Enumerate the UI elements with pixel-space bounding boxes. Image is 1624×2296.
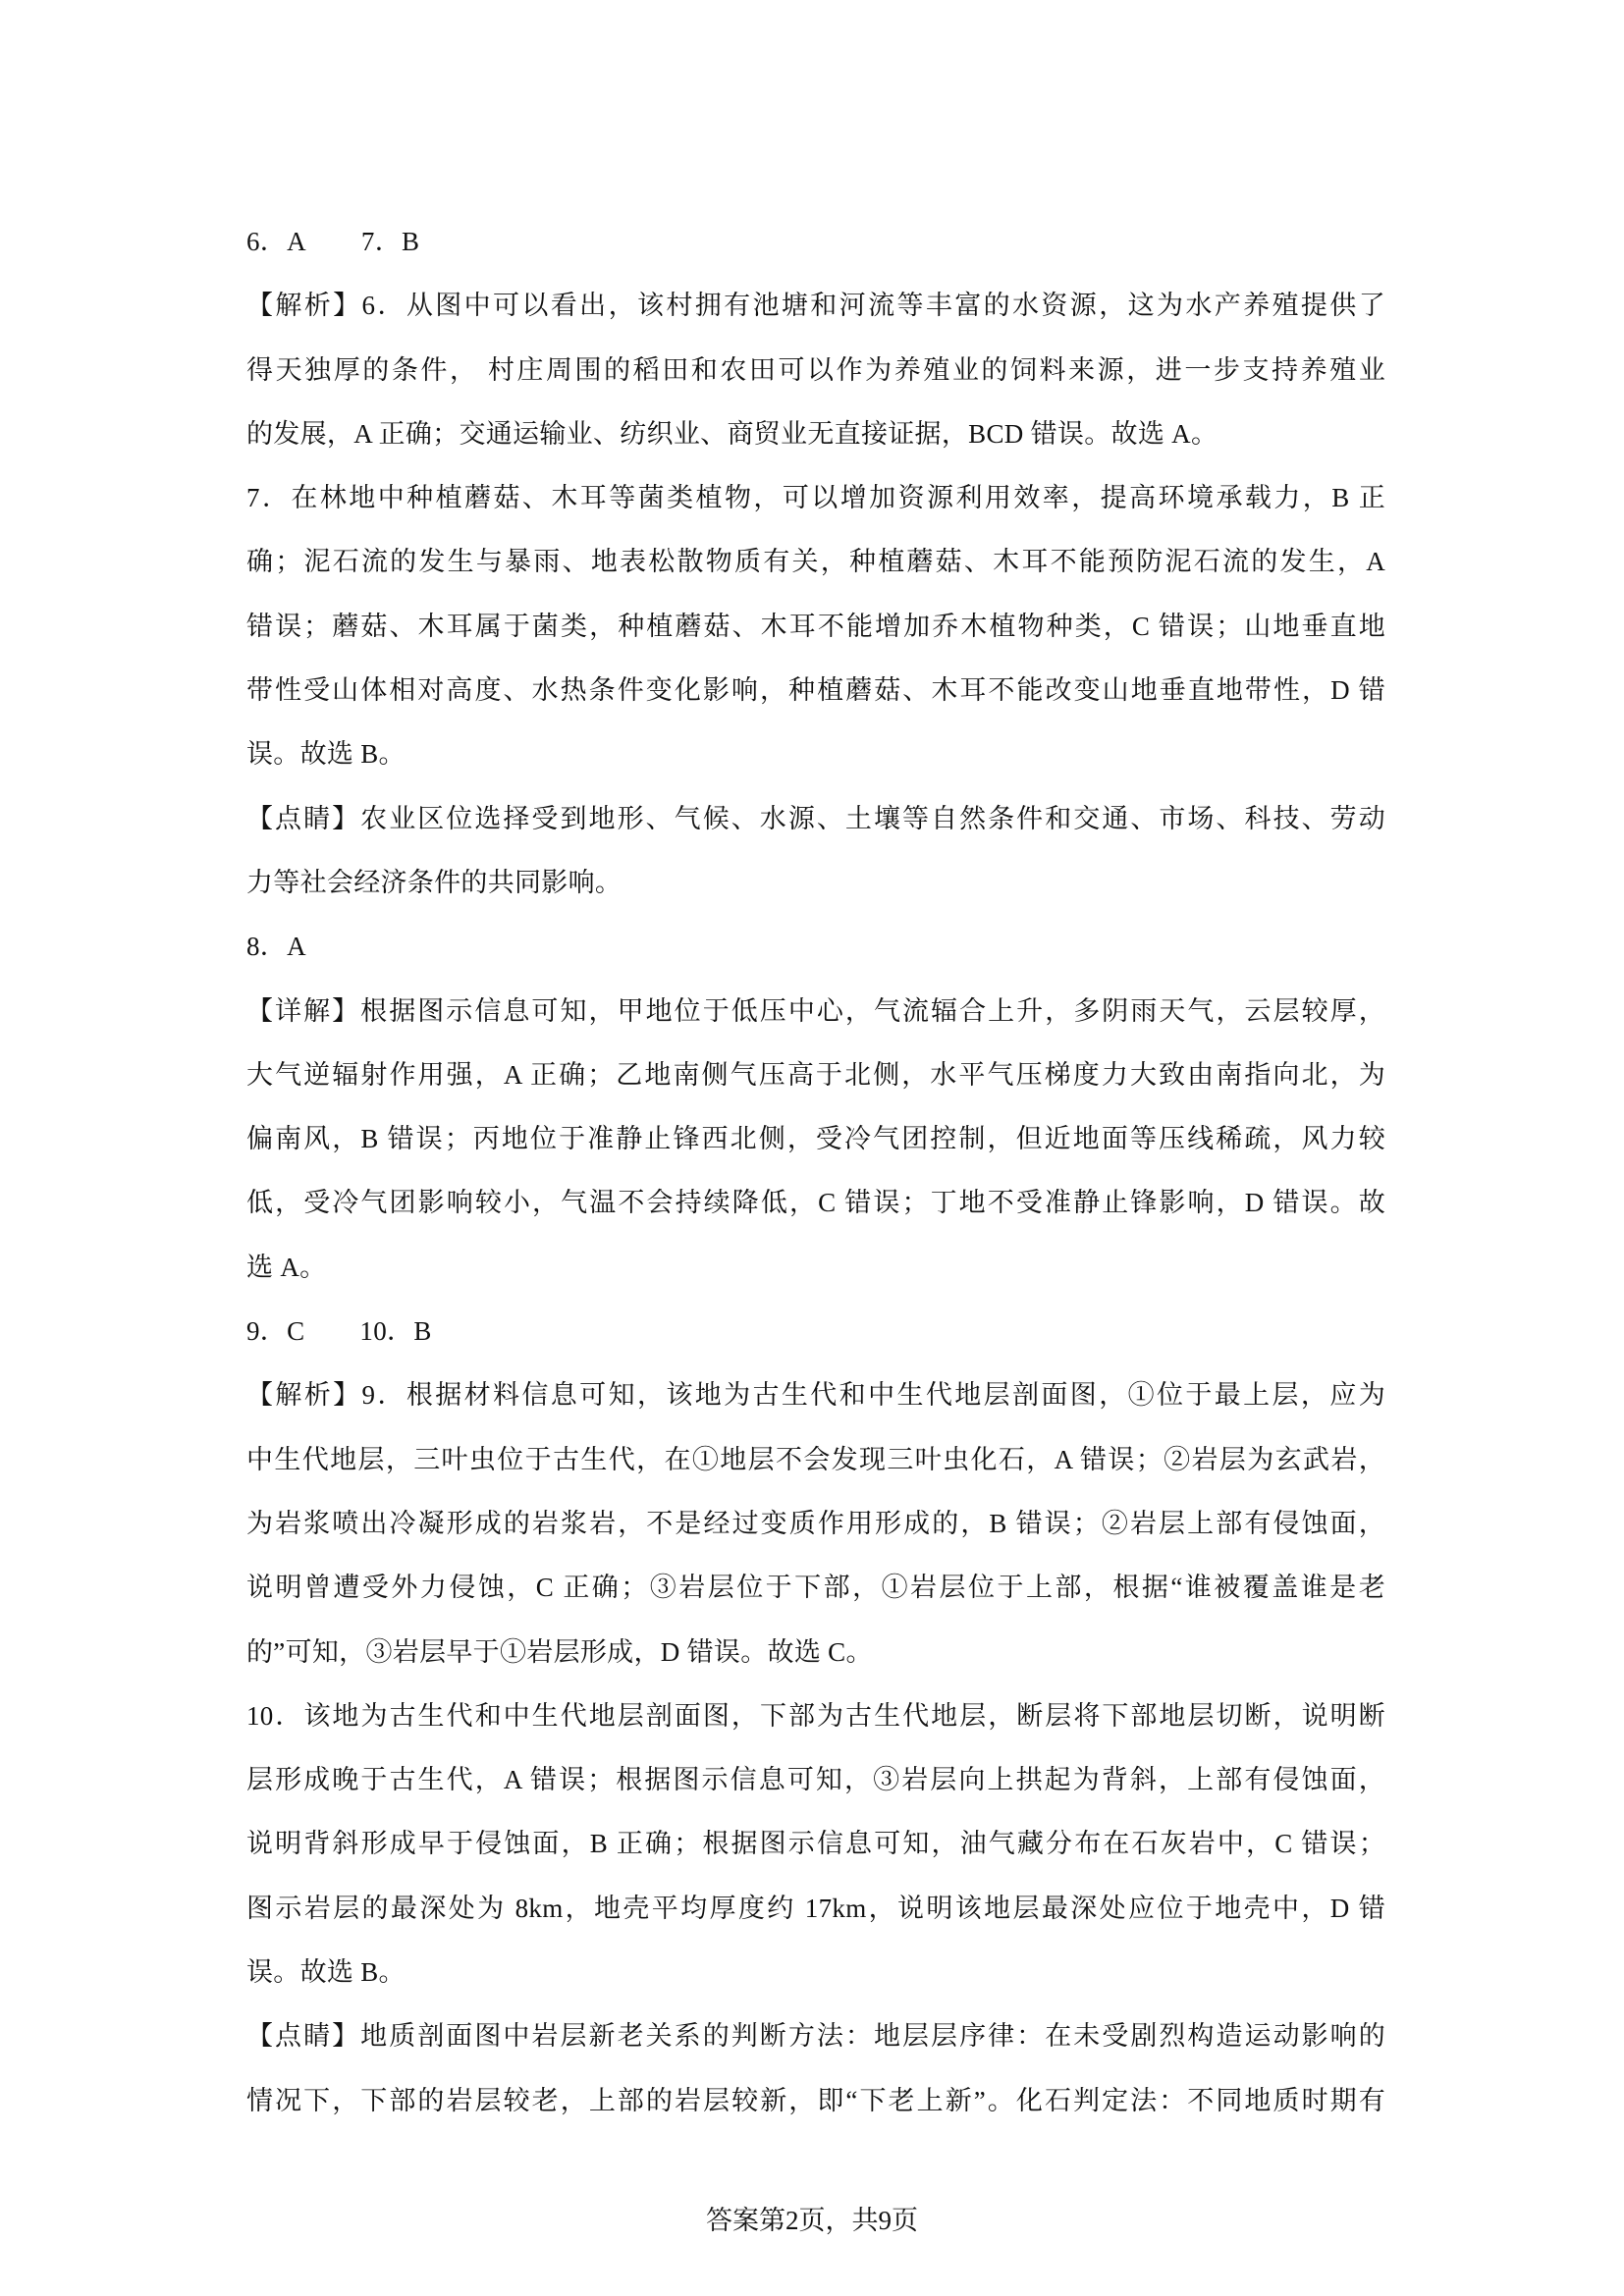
analysis-10-line: 层形成晚于古生代，A 错误；根据图示信息可知，③岩层向上拱起为背斜，上部有侵蚀面… [246, 1748, 1385, 1812]
analysis-9-line: 说明曾遭受外力侵蚀，C 正确；③岩层位于下部，①岩层位于上部，根据“谁被覆盖谁是… [246, 1556, 1385, 1620]
analysis-10-line: 说明背斜形成早于侵蚀面，B 正确；根据图示信息可知，油气藏分布在石灰岩中，C 错… [246, 1812, 1385, 1876]
analysis-7-line: 错误；蘑菇、木耳属于菌类，种植蘑菇、木耳不能增加乔木植物种类，C 错误；山地垂直… [246, 595, 1385, 659]
analysis-7-line: 误。故选 B。 [246, 722, 1385, 786]
detail-8-line: 低，受冷气团影响较小，气温不会持续降低，C 错误；丁地不受准静止锋影响，D 错误… [246, 1171, 1385, 1235]
analysis-6-line: 得天独厚的条件， 村庄周围的稻田和农田可以作为养殖业的饲料来源，进一步支持养殖业 [246, 339, 1385, 402]
analysis-10-line: 误。故选 B。 [246, 1941, 1385, 2004]
analysis-9-line: 的”可知，③岩层早于①岩层形成，D 错误。故选 C。 [246, 1621, 1385, 1684]
analysis-6-line: 的发展，A 正确；交通运输业、纺织业、商贸业无直接证据，BCD 错误。故选 A。 [246, 402, 1385, 466]
detail-8-line: 【详解】根据图示信息可知，甲地位于低压中心，气流辐合上升，多阴雨天气，云层较厚， [246, 980, 1385, 1043]
answer-q9: 9．C [246, 1316, 304, 1346]
analysis-9-line: 中生代地层，三叶虫位于古生代，在①地层不会发现三叶虫化石，A 错误；②岩层为玄武… [246, 1428, 1385, 1492]
answer-q7: 7．B [361, 227, 419, 256]
tip-6-7-line: 【点睛】农业区位选择受到地形、气候、水源、土壤等自然条件和交通、市场、科技、劳动 [246, 787, 1385, 851]
answer-sheet-body: 6．A7．B 【解析】6．从图中可以看出，该村拥有池塘和河流等丰富的水资源，这为… [246, 210, 1385, 2133]
analysis-7-line: 7．在林地中种植蘑菇、木耳等菌类植物，可以增加资源利用效率，提高环境承载力，B … [246, 466, 1385, 530]
analysis-7-line: 带性受山体相对高度、水热条件变化影响，种植蘑菇、木耳不能改变山地垂直地带性，D … [246, 659, 1385, 722]
detail-8-line: 选 A。 [246, 1236, 1385, 1300]
analysis-10-line: 图示岩层的最深处为 8km，地壳平均厚度约 17km，说明该地层最深处应位于地壳… [246, 1877, 1385, 1941]
answer-q8: 8．A [246, 915, 1385, 979]
tip-9-10-line: 【点睛】地质剖面图中岩层新老关系的判断方法：地层层序律：在未受剧烈构造运动影响的 [246, 2004, 1385, 2068]
analysis-9-line: 为岩浆喷出冷凝形成的岩浆岩，不是经过变质作用形成的，B 错误；②岩层上部有侵蚀面… [246, 1492, 1385, 1556]
detail-8-line: 偏南风，B 错误；丙地位于准静止锋西北侧，受冷气团控制，但近地面等压线稀疏，风力… [246, 1107, 1385, 1171]
page-footer: 答案第2页，共9页 [0, 2199, 1624, 2237]
answer-q6: 6．A [246, 227, 306, 256]
analysis-10-line: 10．该地为古生代和中生代地层剖面图，下部为古生代地层，断层将下部地层切断，说明… [246, 1684, 1385, 1748]
analysis-9-line: 【解析】9．根据材料信息可知，该地为古生代和中生代地层剖面图，①位于最上层，应为 [246, 1363, 1385, 1427]
answer-line-9-10: 9．C10．B [246, 1300, 1385, 1363]
tip-9-10-line: 情况下，下部的岩层较老，上部的岩层较新，即“下老上新”。化石判定法：不同地质时期… [246, 2069, 1385, 2133]
answer-q10: 10．B [359, 1316, 431, 1346]
answer-line-6-7: 6．A7．B [246, 210, 1385, 274]
analysis-6-line: 【解析】6．从图中可以看出，该村拥有池塘和河流等丰富的水资源，这为水产养殖提供了 [246, 274, 1385, 338]
analysis-7-line: 确；泥石流的发生与暴雨、地表松散物质有关，种植蘑菇、木耳不能预防泥石流的发生，A [246, 530, 1385, 594]
tip-6-7-line: 力等社会经济条件的共同影响。 [246, 851, 1385, 915]
detail-8-line: 大气逆辐射作用强，A 正确；乙地南侧气压高于北侧，水平气压梯度力大致由南指向北，… [246, 1043, 1385, 1107]
